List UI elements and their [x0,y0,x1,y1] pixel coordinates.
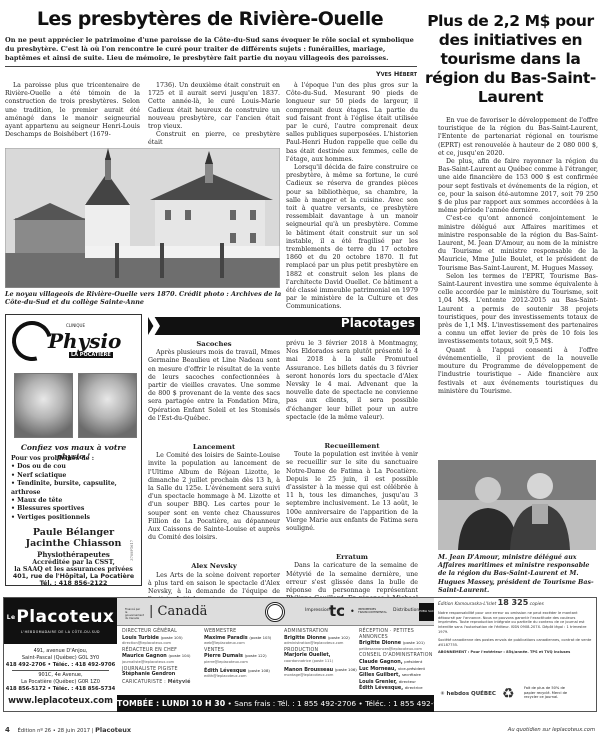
name: Brigitte Dionne [359,640,401,646]
staff-name: Pierre Dumais (poste 122) [204,653,279,660]
list-item: Maux de tête [11,497,141,505]
hebdos-quebec-logo: ✳ hebdos QUÉBEC [440,691,496,697]
board-member: Luc Morneau, vice-président [359,666,437,673]
ad-brand: Physio [48,329,121,353]
footer-website-link[interactable]: Au quotidien sur leplacoteux.com [508,727,595,733]
publisac-logo: PUBLI SAC [419,603,434,621]
staff-column-3: ADMINISTRATION Brigitte Dionne (poste 10… [284,628,359,679]
name: Édith Lévesque, [359,685,403,691]
role: CARICATURISTE : [122,680,168,685]
logo-prefix: Le [7,614,16,621]
recycle-icon: ♻ [502,686,515,702]
office-la-pocatiere: 901C, 4e Avenue, La Pocatière (Québec) G… [4,672,117,693]
edition-info: Édition nº 26 • 28 juin 2017 | [18,728,94,734]
title: secrétaire [402,672,421,677]
name: Édith Lévesque [204,668,246,674]
logo-tagline: L'HEBDOMADAIRE DE LA CÔTE-DU-SUD [4,630,117,634]
two-men-illustration [438,460,596,550]
ad-location: LA POCATIÈRE [69,352,113,358]
brief-title: Lancement [148,443,280,451]
name: Pierre Dumais [204,653,243,659]
address-line: Saint-Pascal (Québec) G0L 3Y0 [4,655,117,662]
logo-text: Placoteux [16,607,114,627]
extension: (poste 104) [169,653,191,658]
ad-problem-list: Pour vos problèmes de : Dos ou de cou Ne… [11,455,141,522]
divider [5,66,417,67]
list-item: Vertiges positionnels [11,514,141,522]
tc-subtitle: IMPRIMERIES TRANSCONTINENTAL [358,608,388,614]
ad-title: Physiothérapeutes [6,551,141,559]
ad-accreditation: Accréditée par la CSST, [6,559,141,567]
title: directrice [405,685,423,690]
canada-funding-label: Financé par le gouvernement du Canada [125,608,143,620]
staff-email[interactable]: direction@leplacoteux.com [122,641,197,647]
staff-email[interactable]: administration@leplacoteux.com [284,641,359,647]
staff-role: CARICATURISTE : Métyvié [122,680,197,686]
placotages-column-2: prévu le 3 février 2018 à Montmagny, Nos… [286,340,418,620]
brief-title: Alex Nevsky [148,562,280,570]
ad-list-intro: Pour vos problèmes de : [11,455,141,463]
photo-caption: Le noyau villageois de Rivière-Ouelle ve… [5,290,285,307]
paragraph: 1736). Un deuxième était construit en 17… [148,82,280,131]
name: Métyvié [168,680,191,685]
staff-column-4: RÉCEPTION · PETITES ANNONCES Brigitte Di… [359,628,437,692]
seal-icon [265,602,285,622]
byline: Yves Hébert [300,70,417,78]
deadline-text: TOMBÉE : LUNDI 10 H 30 [117,699,225,708]
placoteux-logo: LePlacoteux L'HEBDOMADAIRE DE LA CÔTE-DU… [4,598,117,644]
name: Louis Turbide [122,635,159,641]
section-title: Placotages [320,316,420,330]
brief-text: Le Comité des loisirs de Sainte-Louise i… [148,452,280,542]
address-line: 901C, 4e Avenue, [4,672,117,679]
presbytere-photo [5,148,280,288]
edition-label: Édition Kamouraska-L'Islet [438,602,496,607]
paragraph: C'est-ce qu'ont annoncé conjointement le… [438,215,598,272]
extension: (poste 105) [161,635,183,640]
title: vice-président [398,666,425,671]
impression-label: Impression [305,608,330,613]
article-headline-tourisme: Plus de 2,2 M$ pour des initiatives en t… [423,12,598,107]
name: Maurice Gagnon [122,653,167,659]
staff-name: Louis Turbide (poste 105) [122,635,197,642]
therapist-name: Jacinthe Chiasson [6,539,141,550]
legal-box: Édition Kamouraska-L'Islet 18 325 copies… [438,601,594,658]
brief-title: Recueillement [286,442,418,450]
canada-wordmark: | Canadä [149,604,207,619]
name: Maxime Paradis [204,635,248,641]
extension: (poste 108) [248,668,270,673]
brief-text: Après plusieurs mois de travail, Mmes Ge… [148,349,280,423]
address-line: La Pocatière (Québec) G0R 1Z0 [4,679,117,686]
legal-text: Société canadienne des postes envois de … [438,638,594,648]
paragraph: La paroisse plus que tricentenaire de Ri… [5,82,140,139]
ad-clinique-label: CLINIQUE [66,323,85,328]
paragraph: Selon les termes de l'EPRT, Tourisme Bas… [438,273,598,347]
staff-role: RÉCEPTION · PETITES ANNONCES [359,629,437,640]
staff-name: Stéphanie Gendron [122,672,197,678]
board-member: Claude Gagnon, président [359,659,437,666]
staff-name: Brigitte Dionne (poste 101) [359,640,437,647]
deadline-bar: TOMBÉE : LUNDI 10 H 30 • Sans frais : Té… [117,695,434,712]
footer-brand: Placoteux [95,726,131,734]
staff-email[interactable]: pierre@leplacoteux.com [204,660,279,666]
article1-column-1: La paroisse plus que tricentenaire de Ri… [5,82,140,139]
extension: (poste 103) [249,635,271,640]
staff-title: coordonnatrice (poste 111) [284,659,359,665]
tc-logo: tc [329,602,345,620]
brief-title: Erratum [286,553,418,561]
church-building-illustration [5,148,280,288]
office-saint-pascal: 491, avenue D'Anjou, Saint-Pascal (Québe… [4,648,117,669]
title: président [404,659,422,664]
name: Luc Morneau, [359,666,396,672]
list-item: Blessures sportives [11,505,141,513]
list-item: Tendinite, bursite, capsulite, arthrose [11,480,141,497]
address-line: 491, avenue D'Anjou, [4,648,117,655]
phone-line: 418 492-2706 • Téléc. : 418 492-9706 [6,662,115,668]
staff-name: Maurice Gagnon (poste 104) [122,653,197,660]
phone-line: 418 856-5172 • Téléc. : 418 856-5734 [6,686,115,692]
canada-text: Canadä [158,604,208,619]
list-item: Dos ou de cou [11,463,141,471]
extension: (poste 101) [403,640,425,645]
article1-column-2: 1736). Un deuxième était construit en 17… [148,82,280,148]
subscription-text: ABONNEMENT : Pour l'extérieur : 85$/anné… [438,650,594,655]
therapist-photo-1 [14,373,73,438]
sponsor-bar: Financé par le gouvernement du Canada | … [117,598,434,626]
paragraph: En vue de favoriser le développement de … [438,117,598,158]
staff-email[interactable]: montage@leplacoteux.com [284,673,359,679]
board-member: Édith Lévesque, directrice [359,685,437,692]
ad-contact: 401, rue de l'Hôpital, La Pocatière Tél.… [6,573,141,587]
staff-name: Édith Lévesque (poste 108) [204,668,279,675]
paragraph: De plus, afin de faire rayonner la régio… [438,158,598,215]
ad-therapist-names: Paule Bélanger Jacinthe Chiasson [6,528,141,549]
toll-free-text: Sans frais : Tél. : 1 855 492-2706 • Tél… [234,699,452,708]
legal-text: Notre responsabilité pour une erreur ou … [438,611,594,635]
paragraph: Lorsqu'il décida de faire construire ce … [286,164,418,312]
article-headline-presbyteres: Les presbytères de Rivière-Ouelle [0,8,420,30]
article2-body: En vue de favoriser le développement de … [438,117,598,396]
photo-caption: M. Jean D'Amour, ministre délégué aux Af… [438,554,596,595]
extension: (poste 122) [245,653,267,658]
staff-name: Brigitte Dionne (poste 102) [284,635,359,642]
staff-email[interactable]: journaliste@leplacoteux.com [122,660,197,666]
distribution-label: Distribution [393,608,419,613]
extension: (poste 102) [328,635,350,640]
recycle-text: Fait de plus de 50% de papier recyclé. M… [524,686,574,700]
page-footer: 4 Édition nº 26 • 28 juin 2017 | Placote… [5,726,595,734]
staff-email[interactable]: web@leplacoteux.com [204,641,279,647]
copies-label: copies [530,602,544,607]
extension: (poste 106) [335,667,357,672]
page-number: 4 [5,726,10,734]
name: Louis Grenier, [359,679,397,685]
ad-address: 401, rue de l'Hôpital, La Pocatière [13,573,134,580]
staff-column-2: WEBMESTRE Maxime Paradis (poste 103) web… [204,628,279,680]
paragraph: Construit en pierre, ce presbytère était [148,131,280,147]
title: directeur [399,679,416,684]
masthead: LePlacoteux L'HEBDOMADAIRE DE LA CÔTE-DU… [3,597,597,712]
circulation: Édition Kamouraska-L'Islet 18 325 copies [438,601,594,608]
therapist-photo-2 [78,373,137,438]
name: Claude Gagnon, [359,659,403,665]
staff-column-1: DIRECTEUR GÉNÉRAL Louis Turbide (poste 1… [122,628,197,685]
list-item: Nerf sciatique [11,472,141,480]
staff-email[interactable]: petitesannonces@leplacoteux.com [359,647,437,653]
staff-name: Maxime Paradis (poste 103) [204,635,279,642]
ad-phone: Tél. : 418 856-2122 [40,580,108,587]
ministers-handshake-photo [438,460,596,550]
board-member: Gilles Guilbert, secrétaire [359,672,437,679]
placotages-column-1: Sacoches Après plusieurs mois de travail… [148,340,280,604]
article-deck: On ne peut apprécier le patrimoine d'une… [5,36,417,63]
brief-text: Toute la population est invitée à venir … [286,451,418,533]
paragraph: Quant à l'appui consenti à l'offre événe… [438,347,598,396]
physio-advertisement[interactable]: CLINIQUE Physio LA POCATIÈRE Confiez vos… [5,314,142,586]
brief-title: Sacoches [148,340,280,348]
divider [12,670,109,671]
article1-column-3: à l'époque l'un des plus gros sur la Côt… [286,82,418,312]
paragraph: à l'époque l'un des plus gros sur la Côt… [286,82,418,164]
therapist-name: Paule Bélanger [6,528,141,539]
name: Brigitte Dionne [284,635,326,641]
name: Manon Brousseau [284,667,333,673]
ad-credentials: Physiothérapeutes Accréditée par la CSST… [6,551,141,574]
staff-email[interactable]: edith@leplacoteux.com [204,674,279,680]
brief-text: prévu le 3 février 2018 à Montmagny, Nos… [286,340,418,422]
hebdos-text: hebdos QUÉBEC [447,691,496,697]
bullet-icon: • [350,607,355,616]
staff-name: Manon Brousseau (poste 106) [284,667,359,674]
name: Gilles Guilbert, [359,672,400,678]
ad-code: 3709P1617 [130,540,134,561]
copies-count: 18 325 [498,598,529,607]
website-link[interactable]: www.leplacoteux.com [4,696,117,706]
